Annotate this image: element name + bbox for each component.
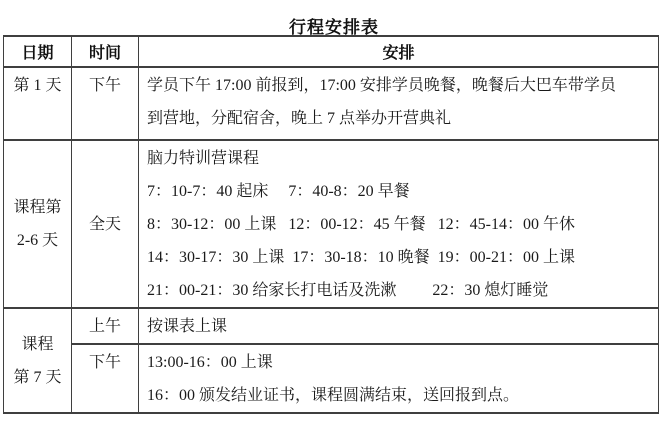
document-page: 行程安排表 日期 时间 安排 第 1 天 下午 学员下午 17:00 前报到，1… bbox=[0, 0, 668, 424]
cell-date-day1: 第 1 天 bbox=[4, 67, 72, 140]
cell-plan-day2-6: 脑力特训营课程 7：10-7：40 起床 7：40-8：20 早餐 8：30-1… bbox=[139, 140, 659, 308]
table-row-day1: 第 1 天 下午 学员下午 17:00 前报到，17:00 安排学员晚餐，晚餐后… bbox=[4, 67, 659, 140]
cell-plan-day7-am: 按课表上课 bbox=[139, 308, 659, 344]
cell-plan-day7-pm: 13:00-16：00 上课 16：00 颁发结业证书，课程圆满结束，送回报到点… bbox=[139, 344, 659, 413]
cell-date-day2-6: 课程第 2-6 天 bbox=[4, 140, 72, 308]
cell-time-day7-pm: 下午 bbox=[72, 344, 139, 413]
schedule-table: 日期 时间 安排 第 1 天 下午 学员下午 17:00 前报到，17:00 安… bbox=[3, 35, 659, 414]
table-row-day7-am: 课程 第 7 天 上午 按课表上课 bbox=[4, 308, 659, 344]
header-time: 时间 bbox=[72, 36, 139, 67]
header-date: 日期 bbox=[4, 36, 72, 67]
table-header-row: 日期 时间 安排 bbox=[4, 36, 659, 67]
cell-time-day7-am: 上午 bbox=[72, 308, 139, 344]
table-row-day2-6: 课程第 2-6 天 全天 脑力特训营课程 7：10-7：40 起床 7：40-8… bbox=[4, 140, 659, 308]
cell-plan-day1: 学员下午 17:00 前报到，17:00 安排学员晚餐，晚餐后大巴车带学员 到营… bbox=[139, 67, 659, 140]
header-plan: 安排 bbox=[139, 36, 659, 67]
table-row-day7-pm: 下午 13:00-16：00 上课 16：00 颁发结业证书，课程圆满结束，送回… bbox=[4, 344, 659, 413]
cell-time-day2-6: 全天 bbox=[72, 140, 139, 308]
page-title: 行程安排表 bbox=[0, 0, 668, 35]
cell-date-day7: 课程 第 7 天 bbox=[4, 308, 72, 413]
cell-time-day1: 下午 bbox=[72, 67, 139, 140]
